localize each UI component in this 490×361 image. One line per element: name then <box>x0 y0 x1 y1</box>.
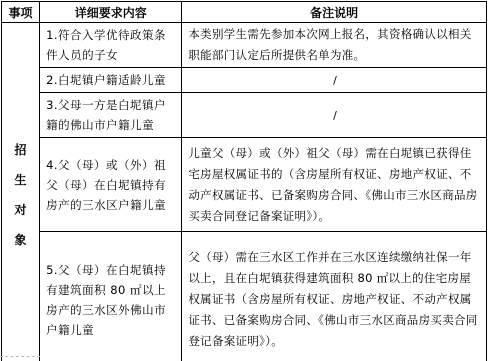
note-cell: 父（母）需在三水区工作并在三水区连续缴纳社保一年以上，且在白坭镇获得建筑面积 8… <box>182 232 487 361</box>
enrollment-requirements-table: 事项 详细要求内容 备注说明 招 生 对 象 1.符合入学优待政策条件人员的子女… <box>1 1 487 361</box>
category-char: 招 <box>2 135 39 165</box>
table-row: 4.父（母）或（外）祖父（母）在白坭镇持有房产的三水区户籍儿童 儿童父（母）或（… <box>2 138 487 232</box>
header-item: 事项 <box>2 2 40 23</box>
note-cell: 儿童父（母）或（外）祖父（母）需在白坭镇已获得住宅房屋权属证书的（含房屋所有权证… <box>182 138 487 232</box>
page-break-line <box>0 356 40 357</box>
header-notes: 备注说明 <box>182 2 487 23</box>
category-cell: 招 生 对 象 <box>2 23 40 361</box>
requirement-cell: 5.父（母）在白坭镇持有建筑面积 80 ㎡以上房产的三水区外佛山市户籍儿童 <box>40 232 182 361</box>
note-cell: 本类别学生需先参加本次网上报名，其资格确认以相关职能部门认定后所提供名单为准。 <box>182 23 487 68</box>
requirement-cell: 1.符合入学优待政策条件人员的子女 <box>40 23 182 68</box>
category-char: 对 <box>2 195 39 225</box>
header-requirements: 详细要求内容 <box>40 2 182 23</box>
table-row: 招 生 对 象 1.符合入学优待政策条件人员的子女 本类别学生需先参加本次网上报… <box>2 23 487 68</box>
table-row: 5.父（母）在白坭镇持有建筑面积 80 ㎡以上房产的三水区外佛山市户籍儿童 父（… <box>2 232 487 361</box>
note-cell: / <box>182 68 487 93</box>
category-char: 象 <box>2 225 39 255</box>
category-char: 生 <box>2 165 39 195</box>
header-row: 事项 详细要求内容 备注说明 <box>2 2 487 23</box>
requirement-cell: 4.父（母）或（外）祖父（母）在白坭镇持有房产的三水区户籍儿童 <box>40 138 182 232</box>
requirement-cell: 3.父母一方是白坭镇户籍的佛山市户籍儿童 <box>40 93 182 138</box>
table-row: 2.白坭镇户籍适龄儿童 / <box>2 68 487 93</box>
table-row: 3.父母一方是白坭镇户籍的佛山市户籍儿童 / <box>2 93 487 138</box>
note-cell: / <box>182 93 487 138</box>
requirement-cell: 2.白坭镇户籍适龄儿童 <box>40 68 182 93</box>
